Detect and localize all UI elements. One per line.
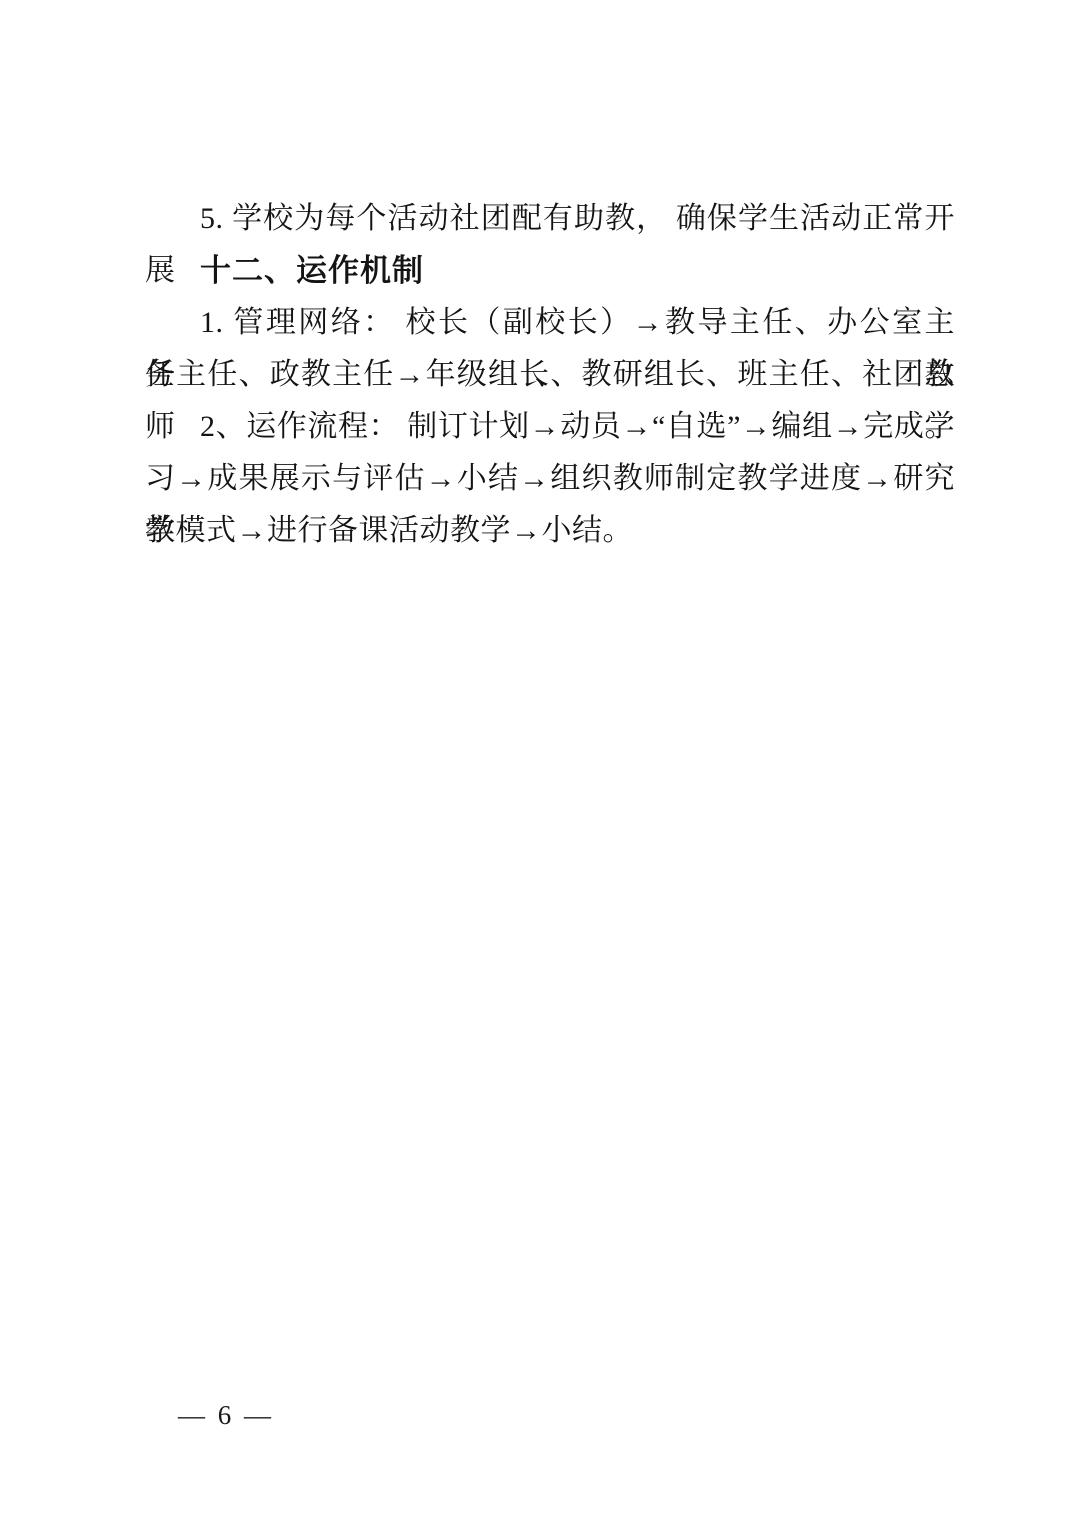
page-number: — 6 — [178,1398,274,1432]
operation-flow-line-1: 2、运作流程： 制订计划→动员→“自选”→编组→完成学 [145,401,955,453]
section-heading-12: 十二、运作机制 [145,245,955,297]
operation-flow-line-2: 习→成果展示与评估→小结→组织教师制定教学进度→研究教 [145,453,955,505]
document-page: 5. 学校为每个活动社团配有助教， 确保学生活动正常开展 十二、运作机制 1. … [0,0,1080,1527]
management-network-line-2: 务主任、政教主任→年级组长、教研组长、班主任、社团教师。 [145,349,955,401]
item-5-line: 5. 学校为每个活动社团配有助教， 确保学生活动正常开展 [145,193,955,245]
document-body: 5. 学校为每个活动社团配有助教， 确保学生活动正常开展 十二、运作机制 1. … [145,193,955,557]
management-network-line-1: 1. 管理网络： 校长（副校长）→教导主任、办公室主任、总 [145,297,955,349]
operation-flow-line-3: 学模式→进行备课活动教学→小结。 [145,505,955,557]
